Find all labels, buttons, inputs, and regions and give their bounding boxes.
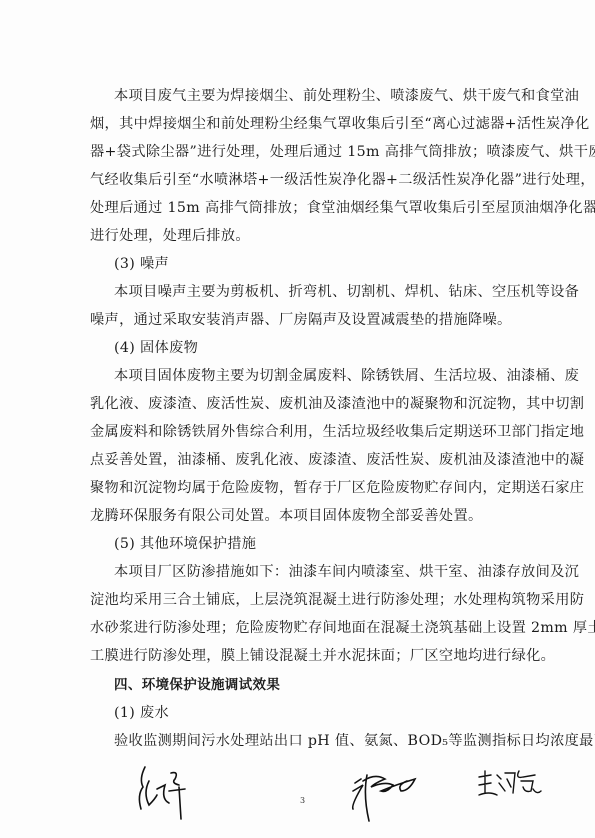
paragraph-line: 本项目废气主要为焊接烟尘、前处理粉尘、喷漆废气、烘干废气和食堂油	[114, 87, 526, 105]
paragraph-line: 本项目噪声主要为剪板机、折弯机、切割机、焊机、钻床、空压机等设备	[114, 283, 526, 301]
page-number: 3	[300, 796, 305, 805]
paragraph-line: 气经收集后引至“水喷淋塔+一级活性炭净化器+二级活性炭净化器”进行处理，	[90, 171, 526, 189]
signature-3	[475, 765, 545, 805]
subsection-heading-solid-waste: (4) 固体废物	[114, 339, 526, 357]
paragraph-line: 处理后通过 15m 高排气筒排放；食堂油烟经集气罩收集后引至屋顶油烟净化器	[90, 199, 526, 217]
paragraph-line: 水砂浆进行防渗处理；危险废物贮存间地面在混凝土浇筑基础上设置 2mm 厚土	[90, 619, 526, 637]
subsection-heading-noise: (3) 噪声	[114, 255, 526, 273]
paragraph-line: 工膜进行防渗处理，膜上铺设混凝土并水泥抹面；厂区空地均进行绿化。	[90, 647, 526, 665]
paragraph-line: 进行处理，处理后排放。	[90, 227, 526, 245]
paragraph-line: 验收监测期间污水处理站出口 pH 值、氨氮、BOD₅等监测指标日均浓度最高	[114, 732, 526, 750]
paragraph-line: 本项目厂区防渗措施如下：油漆车间内喷漆室、烘干室、油漆存放间及沉	[114, 563, 526, 581]
paragraph-line: 聚物和沉淀物均属于危险废物，暂存于厂区危险废物贮存间内，定期送石家庄	[90, 479, 526, 497]
paragraph-line: 金属废料和除锈铁屑外售综合利用，生活垃圾经收集后定期送环卫部门指定地	[90, 423, 526, 441]
paragraph-line: 乳化液、废漆渣、废活性炭、废机油及漆渣池中的凝聚物和沉淀物，其中切割	[90, 395, 526, 413]
paragraph-line: 点妥善处置，油漆桶、废乳化液、废漆渣、废活性炭、废机油及漆渣池中的凝	[90, 451, 526, 469]
paragraph-line: 龙腾环保服务有限公司处置。本项目固体废物全部妥善处置。	[90, 507, 526, 525]
subsection-heading-other-measures: (5) 其他环境保护措施	[114, 535, 526, 553]
signature-2	[345, 765, 425, 825]
paragraph-line: 淀池均采用三合土铺底，上层浇筑混凝土进行防渗处理；水处理构筑物采用防	[90, 591, 526, 609]
subsection-heading-wastewater: (1) 废水	[114, 704, 526, 722]
paragraph-line: 器+袋式除尘器”进行处理，处理后通过 15m 高排气筒排放；喷漆废气、烘干废	[90, 143, 526, 161]
paragraph-line: 噪声，通过采取安装消声器、厂房隔声及设置减震垫的措施降噪。	[90, 311, 526, 329]
signature-1	[135, 765, 200, 823]
section-heading: 四、环境保护设施调试效果	[114, 676, 526, 694]
paragraph-line: 本项目固体废物主要为切割金属废料、除锈铁屑、生活垃圾、油漆桶、废	[114, 367, 526, 385]
paragraph-line: 烟，其中焊接烟尘和前处理粉尘经集气罩收集后引至“离心过滤器+活性炭净化	[90, 115, 526, 133]
document-page: 本项目废气主要为焊接烟尘、前处理粉尘、喷漆废气、烘干废气和食堂油 烟，其中焊接烟…	[0, 0, 595, 838]
